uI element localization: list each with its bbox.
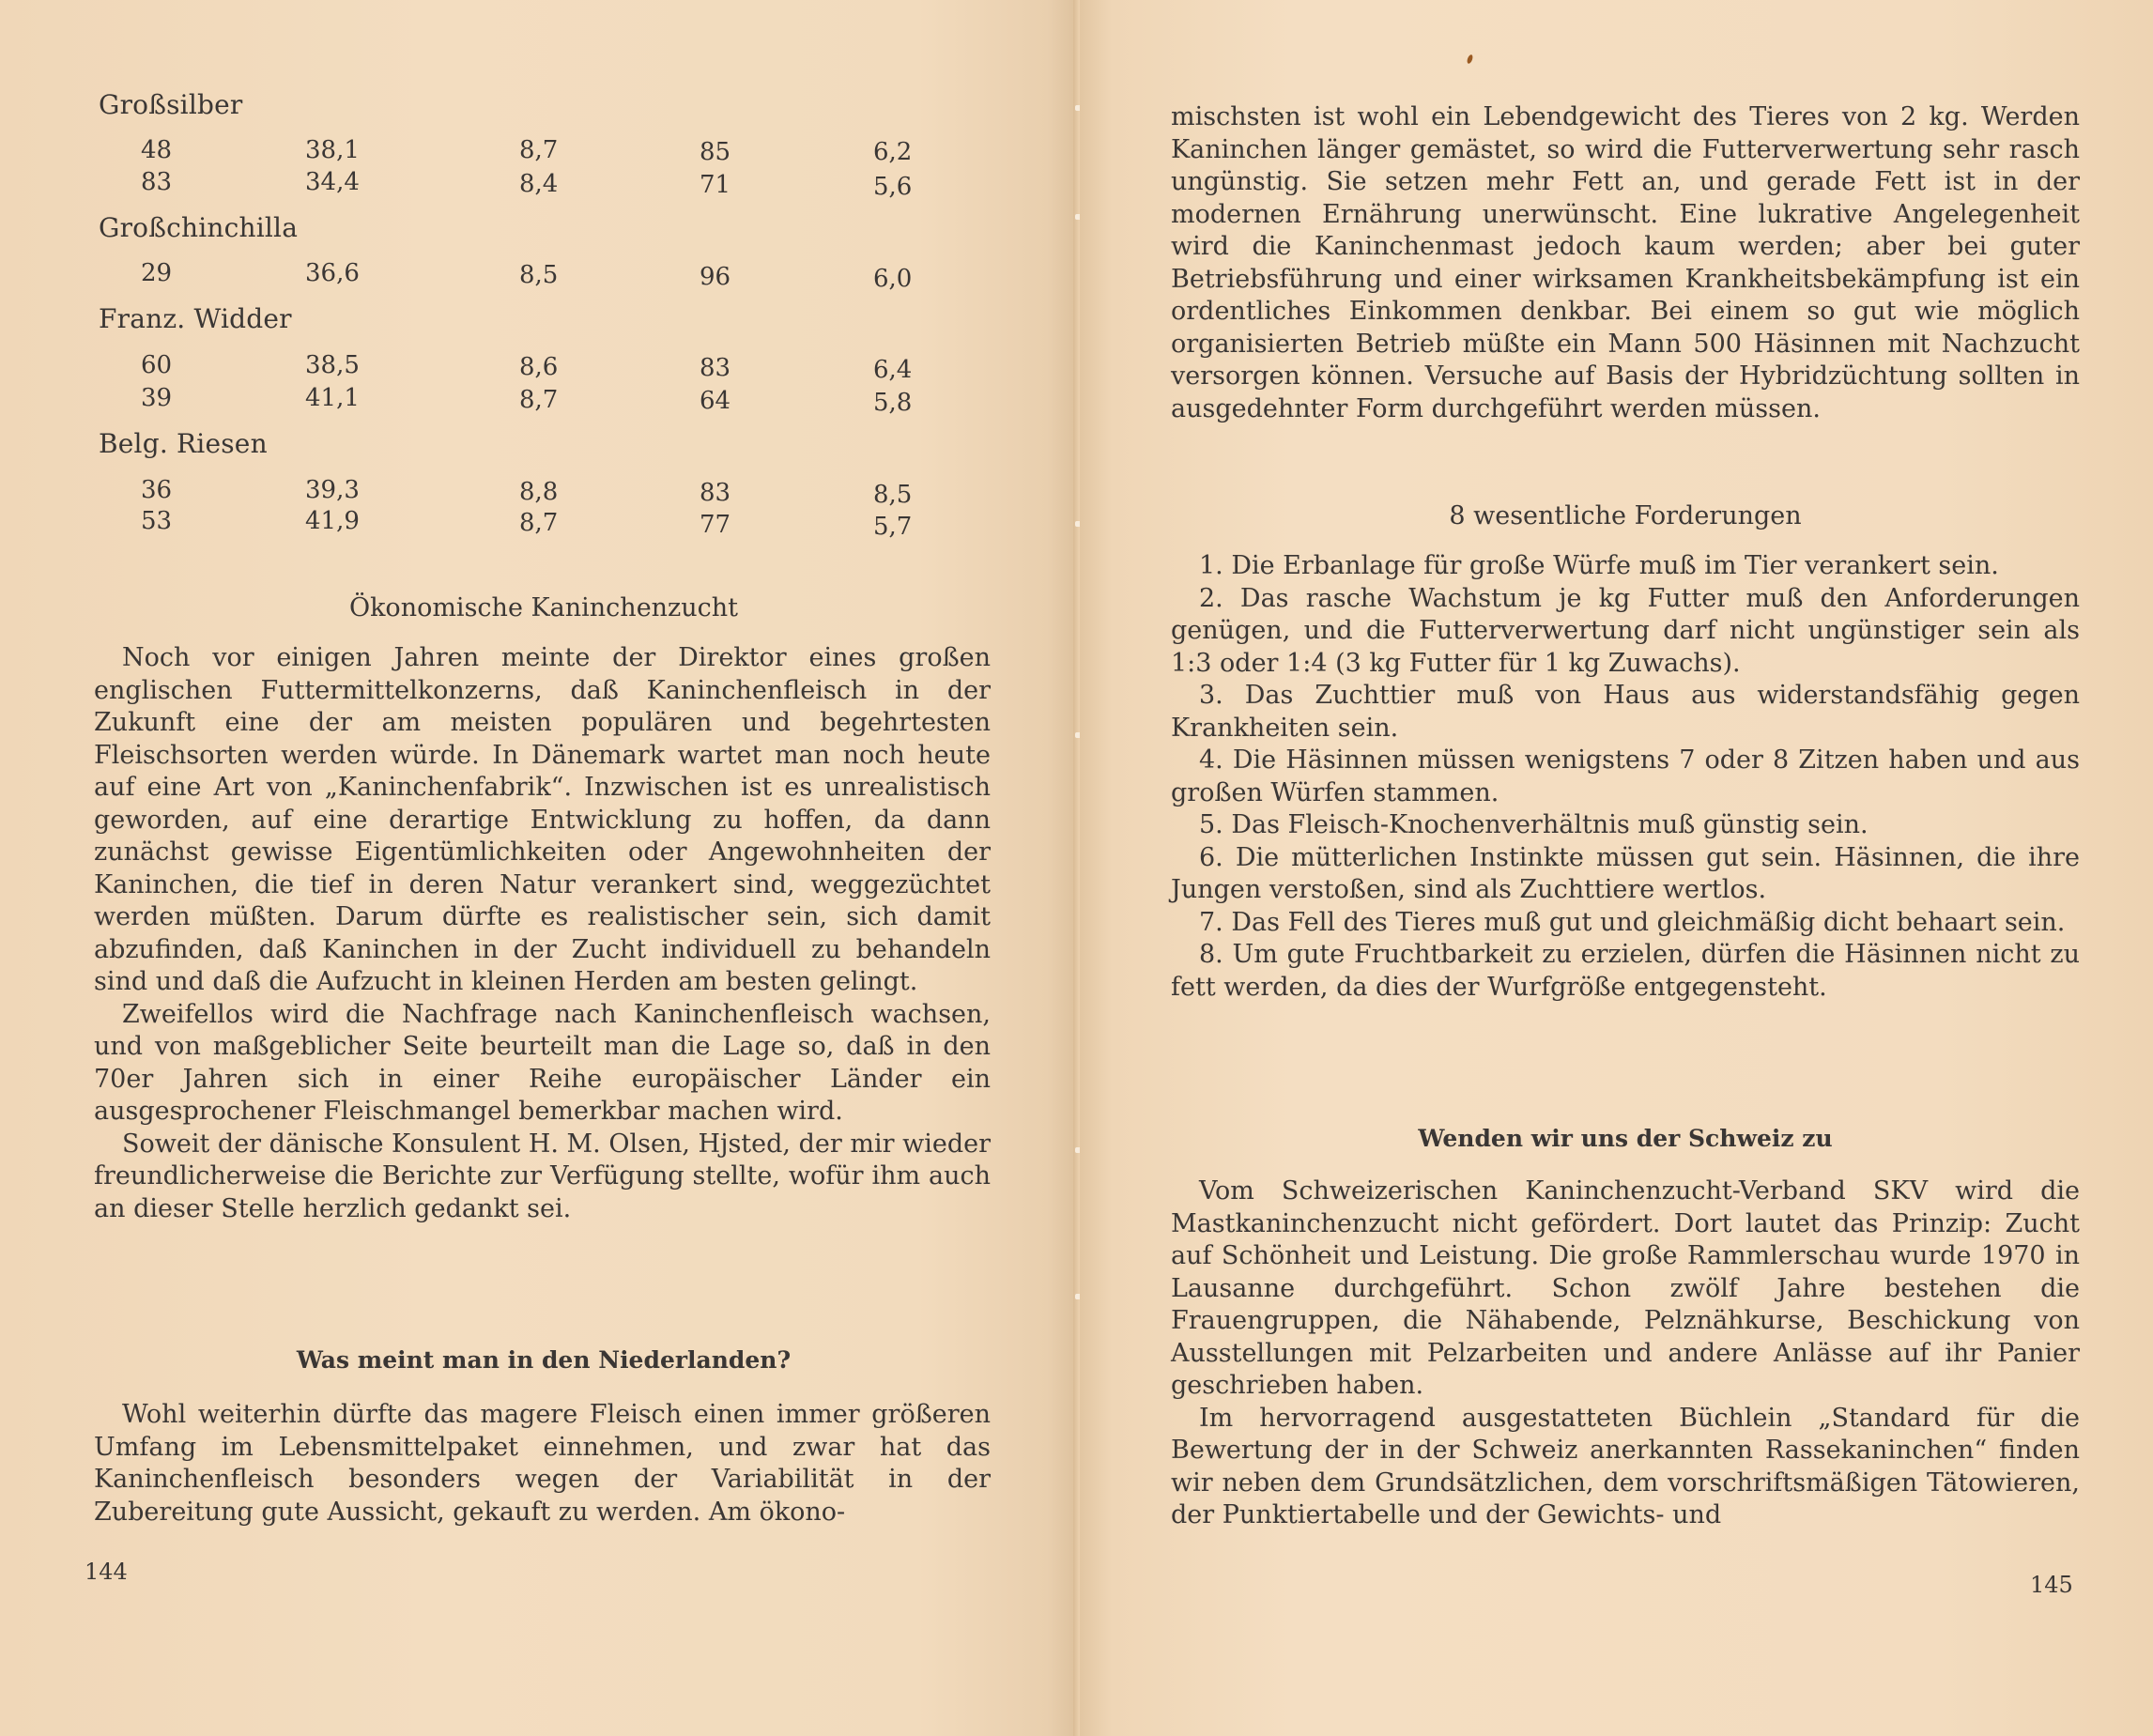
table-cell: 29 (141, 257, 172, 289)
page-number: 144 (85, 1559, 128, 1585)
table-cell: 64 (700, 385, 730, 417)
table-cell: 8,4 (519, 168, 558, 200)
table-cell: 5,7 (873, 511, 912, 543)
table-cell: 60 (141, 349, 172, 381)
page-number: 145 (2030, 1572, 2073, 1598)
list-item: 8. Um gute Fruchtbarkeit zu erzielen, dü… (1171, 939, 2080, 1004)
paragraph: Im hervorragend ausgestatteten Büchlein … (1171, 1403, 2080, 1532)
list-item: 2. Das rasche Wachstum je kg Futter muß … (1171, 583, 2080, 681)
table-cell: 8,5 (519, 259, 558, 291)
table-category-label: Großsilber (99, 89, 242, 121)
section-body: Vom Schweizerischen Kaninchenzucht-Verba… (1171, 1175, 2080, 1532)
paragraph: Wohl weiterhin dürfte das magere Fleisch… (94, 1399, 991, 1529)
paragraph: Noch vor einigen Jahren meinte der Direk… (94, 642, 991, 999)
table-cell: 6,4 (873, 354, 912, 386)
table-cell: 8,5 (873, 479, 912, 511)
table-cell: 83 (700, 352, 730, 384)
section-body: Wohl weiterhin dürfte das magere Fleisch… (94, 1399, 991, 1529)
section-heading: 8 wesentliche Forderungen (1171, 501, 2080, 530)
table-category-label: Großchinchilla (99, 212, 298, 244)
requirements-list: 1. Die Erbanlage für große Würfe muß im … (1171, 550, 2080, 1004)
paragraph: Zweifellos wird die Nachfrage nach Kanin… (94, 999, 991, 1129)
list-item: 5. Das Fleisch-Knochenverhältnis muß gün… (1171, 809, 2080, 842)
table-category-label: Franz. Widder (99, 303, 292, 335)
section-heading: Wenden wir uns der Schweiz zu (1171, 1125, 2080, 1152)
list-item: 1. Die Erbanlage für große Würfe muß im … (1171, 550, 2080, 583)
table-cell: 83 (141, 166, 172, 198)
table-cell: 83 (700, 477, 730, 509)
table-cell: 71 (700, 169, 730, 201)
table-cell: 48 (141, 134, 172, 166)
table-cell: 85 (700, 136, 730, 168)
table-category-label: Belg. Riesen (99, 428, 268, 460)
table-cell: 41,1 (305, 382, 360, 414)
continuation-text: mischsten ist wohl ein Lebendgewicht des… (1171, 101, 2080, 425)
section-heading: Was meint man in den Niederlanden? (94, 1346, 993, 1374)
table-cell: 41,9 (305, 505, 360, 537)
section-heading: Ökonomische Kaninchenzucht (94, 593, 993, 622)
list-item: 6. Die mütterlichen Instinkte müssen gut… (1171, 842, 2080, 907)
list-item: 7. Das Fell des Tieres muß gut und gleic… (1171, 907, 2080, 940)
section-body: Noch vor einigen Jahren meinte der Direk… (94, 642, 991, 1225)
table-cell: 77 (700, 509, 730, 541)
table-cell: 6,2 (873, 136, 912, 168)
table-cell: 8,6 (519, 351, 558, 383)
table-cell: 36 (141, 474, 172, 506)
table-cell: 8,7 (519, 134, 558, 166)
paragraph: Soweit der dänische Konsulent H. M. Olse… (94, 1129, 991, 1226)
table-cell: 38,5 (305, 349, 360, 381)
paragraph: Vom Schweizerischen Kaninchenzucht-Verba… (1171, 1175, 2080, 1403)
paper-speck (1466, 54, 1473, 64)
table-cell: 53 (141, 505, 172, 537)
table-cell: 8,7 (519, 384, 558, 416)
table-cell: 36,6 (305, 257, 360, 289)
left-page: Großsilber 48 38,1 8,7 85 6,2 83 34,4 8,… (0, 0, 1080, 1736)
paragraph: mischsten ist wohl ein Lebendgewicht des… (1171, 101, 2080, 425)
table-cell: 8,8 (519, 476, 558, 508)
right-page: mischsten ist wohl ein Lebendgewicht des… (1080, 0, 2153, 1736)
table-cell: 5,8 (873, 387, 912, 419)
table-cell: 96 (700, 261, 730, 293)
table-cell: 6,0 (873, 263, 912, 295)
table-cell: 34,4 (305, 166, 360, 198)
table-cell: 38,1 (305, 134, 360, 166)
table-cell: 39 (141, 382, 172, 414)
table-cell: 8,7 (519, 507, 558, 539)
list-item: 3. Das Zuchttier muß von Haus aus widers… (1171, 680, 2080, 745)
table-cell: 5,6 (873, 171, 912, 203)
table-cell: 39,3 (305, 474, 360, 506)
list-item: 4. Die Häsinnen müssen wenigstens 7 oder… (1171, 745, 2080, 809)
